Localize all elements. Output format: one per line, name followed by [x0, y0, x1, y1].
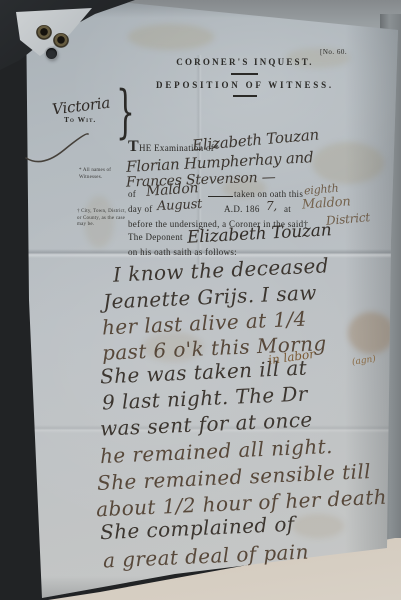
form-number: [No. 60.: [320, 48, 384, 56]
day-of-label: day of: [128, 204, 153, 214]
footnote-witnesses: * All names of Witnesses.: [79, 168, 127, 181]
year-digit-handwritten: 7,: [266, 199, 277, 213]
paper-stain: [128, 24, 214, 50]
document-title: CORONER'S INQUEST.: [128, 57, 362, 67]
at-label: at: [284, 204, 291, 214]
paper-stain: [292, 514, 344, 538]
paper-stain: [312, 142, 384, 184]
printed-dash: [208, 196, 233, 197]
title-rule: [231, 73, 258, 75]
pen-flourish: [22, 128, 92, 168]
scanned-document: [No. 60. CORONER'S INQUEST. DEPOSITION O…: [0, 0, 401, 600]
paper-stain: [348, 312, 394, 354]
subtitle-rule: [233, 95, 257, 97]
saith-label: on his oath saith as follows:: [128, 247, 237, 257]
brass-eyelet-icon: [36, 25, 52, 40]
brass-eyelet-icon: [53, 33, 69, 48]
ad-label: A.D. 186: [224, 204, 260, 214]
oath-label: taken on oath this: [234, 189, 303, 199]
punch-hole-icon: [46, 48, 57, 59]
drop-cap: T: [128, 138, 139, 155]
footnote-district: † City, Town, District, or County, as th…: [77, 209, 127, 229]
curly-brace: }: [116, 84, 135, 141]
deponent-label: The Deponent: [128, 232, 183, 242]
month-handwritten: August: [157, 197, 203, 214]
document-subtitle: DEPOSITION OF WITNESS.: [128, 80, 362, 90]
